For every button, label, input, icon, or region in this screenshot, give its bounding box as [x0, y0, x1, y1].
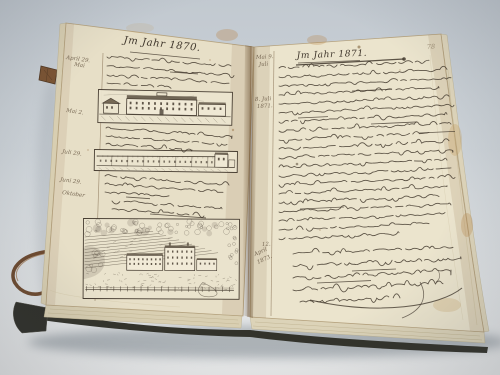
ink-blot: [402, 57, 406, 61]
margin-date-note: Juli: [258, 62, 269, 69]
margin-date-note: 1871.: [257, 103, 273, 110]
manuscript-scene: Jm Jahr 1870. Jm Jahr 1871. 78 April 29.…: [0, 0, 500, 375]
margin-date-note: Mai 9.: [255, 54, 274, 61]
book-cover-corner: [13, 302, 48, 333]
page-number: 78: [427, 42, 436, 51]
street-row-sketch: [94, 150, 237, 173]
vineyard-panorama-sketch: [83, 218, 239, 299]
manor-building-sketch: [98, 90, 233, 126]
margin-date-note: 8. Juli: [255, 96, 272, 103]
photograph-of-open-manuscript-book: Jm Jahr 1870. Jm Jahr 1871. 78 April 29.…: [0, 0, 500, 375]
